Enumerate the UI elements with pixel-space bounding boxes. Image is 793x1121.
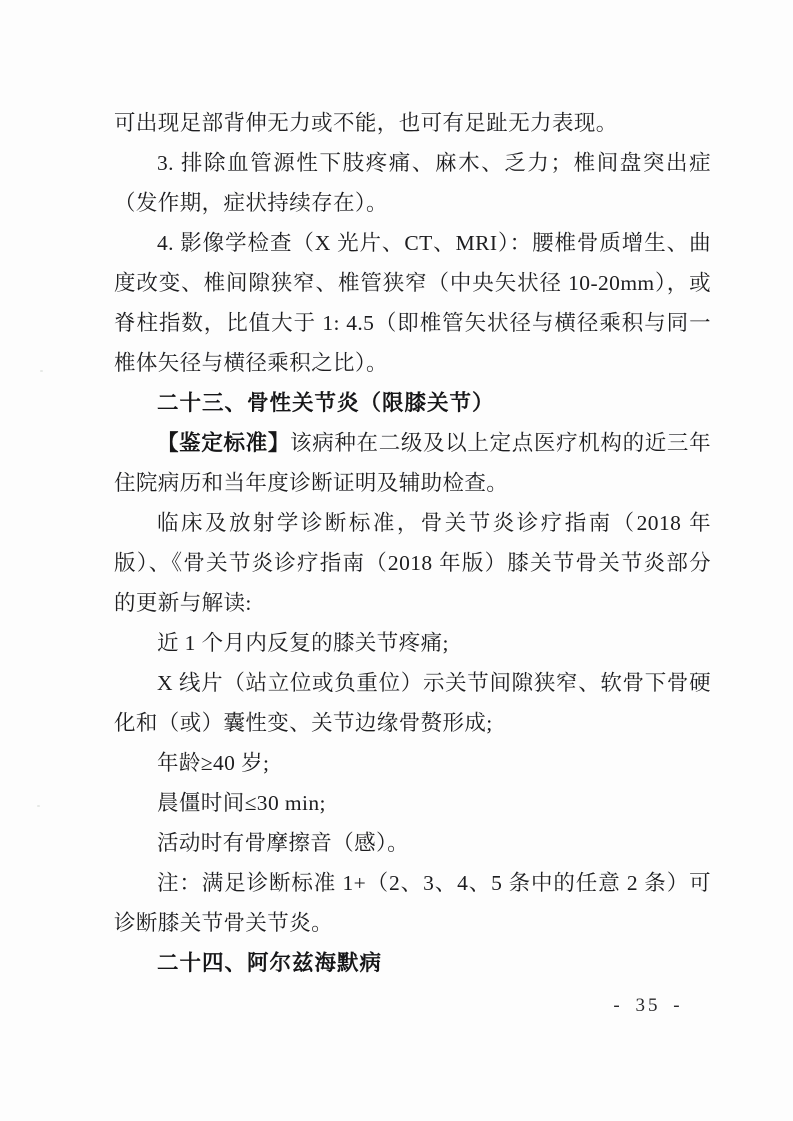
criterion-crepitus: 活动时有骨摩擦音（感）。 [114, 823, 711, 863]
heading-section-23-osteoarthritis: 二十三、骨性关节炎（限膝关节） [114, 383, 711, 423]
scan-speck [40, 370, 43, 372]
criterion-xray-findings: X 线片（站立位或负重位）示关节间隙狭窄、软骨下骨硬化和（或）囊性变、关节边缘骨… [114, 663, 711, 743]
appraisal-standard-label: 【鉴定标准】 [157, 431, 290, 455]
criterion-morning-stiffness: 晨僵时间≤30 min; [114, 783, 711, 823]
paragraph-diagnosis-note: 注：满足诊断标准 1+（2、3、4、5 条中的任意 2 条）可诊断膝关节骨关节炎… [114, 863, 711, 943]
paragraph-item-4-imaging: 4. 影像学检查（X 光片、CT、MRI）：腰椎骨质增生、曲度改变、椎间隙狭窄、… [114, 223, 711, 383]
document-text-block: 可出现足部背伸无力或不能，也可有足趾无力表现。 3. 排除血管源性下肢疼痛、麻木… [114, 103, 711, 983]
paragraph-carryover: 可出现足部背伸无力或不能，也可有足趾无力表现。 [114, 103, 711, 143]
document-page: 可出现足部背伸无力或不能，也可有足趾无力表现。 3. 排除血管源性下肢疼痛、麻木… [0, 0, 793, 1121]
criterion-knee-pain: 近 1 个月内反复的膝关节疼痛; [114, 623, 711, 663]
page-number: - 35 - [598, 993, 698, 1019]
scan-speck [37, 805, 40, 807]
paragraph-clinical-criteria: 临床及放射学诊断标准，骨关节炎诊疗指南（2018 年版）、《骨关节炎诊疗指南（2… [114, 503, 711, 623]
paragraph-item-3: 3. 排除血管源性下肢疼痛、麻木、乏力；椎间盘突出症（发作期，症状持续存在）。 [114, 143, 711, 223]
paragraph-appraisal-standard: 【鉴定标准】该病种在二级及以上定点医疗机构的近三年住院病历和当年度诊断证明及辅助… [114, 423, 711, 503]
heading-section-24-alzheimer: 二十四、阿尔兹海默病 [114, 943, 711, 983]
criterion-age: 年龄≥40 岁; [114, 743, 711, 783]
